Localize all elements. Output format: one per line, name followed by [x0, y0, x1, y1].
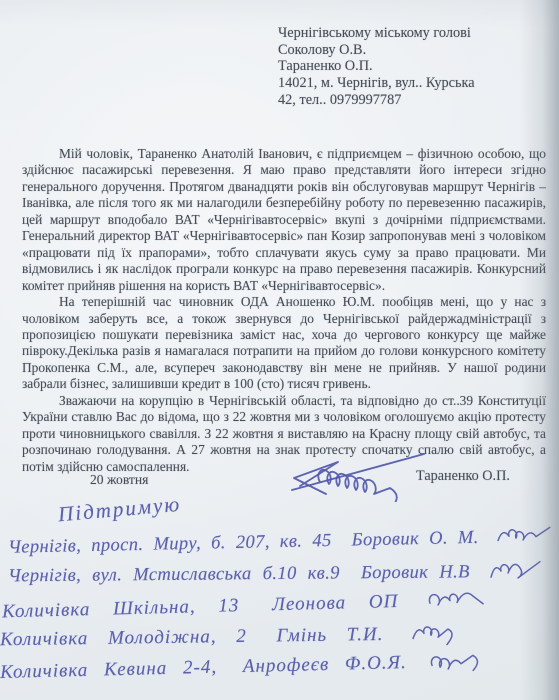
handwritten-signatory-line: Количівка Кевина 2-4, Анрофеєв Ф.О.Я.: [0, 646, 489, 684]
recipient-block: Чернігівському міському голові Соколову …: [278, 25, 475, 109]
signature-scribble-main: [286, 440, 436, 502]
signatory-address: Количівка Кевина 2-4,: [0, 657, 217, 683]
signature-scribble: [487, 557, 547, 584]
handwritten-support-note: Підтримую: [57, 492, 182, 528]
letter-body: Мій чоловік, Тараненко Анатолій Іванович…: [22, 146, 546, 475]
recipient-line: Соколову О.В.: [278, 42, 475, 59]
handwritten-signatory-line: Количівка Шкільна, 13 Леонова ОП: [2, 585, 488, 624]
recipient-line: 42, тел.. 0979997787: [278, 92, 475, 109]
paragraph-business: Мій чоловік, Тараненко Анатолій Іванович…: [22, 146, 546, 294]
recipient-line: Тараненко О.П.: [278, 58, 475, 75]
signature-scribble: [428, 646, 489, 673]
signatory-address: Количівка Шкільна, 13: [2, 595, 240, 622]
handwritten-signatory-line: Чернігів, просп. Миру, б. 207, кв. 45 Бо…: [8, 521, 555, 558]
recipient-line: Чернігівському міському голові: [278, 25, 475, 42]
signatory-name: Анрофеєв Ф.О.Я.: [243, 652, 407, 677]
signatory-name: Боровик О. М.: [351, 528, 478, 551]
handwritten-signatory-line: Количівка Молодіжна, 2 Гмінь Т.И.: [0, 619, 469, 652]
signature-scribble: [494, 521, 555, 548]
recipient-line: 14021, м. Чернігів, вул.. Курська: [278, 75, 475, 92]
signatory-name: Гмінь Т.И.: [276, 624, 383, 646]
signature-name: Тараненко О.П.: [416, 468, 510, 485]
signatory-name: Леонова ОП: [272, 591, 399, 615]
signatory-name: Боровик Н.В: [361, 562, 470, 583]
paragraph-officials: На теперішній час чиновник ОДА Аношенко …: [22, 294, 546, 393]
letter-date: 20 жовтня: [90, 472, 148, 488]
signatory-address: Количівка Молодіжна, 2: [0, 626, 247, 650]
signature-scribble: [427, 585, 488, 613]
signature-scribble: [409, 619, 469, 646]
signatory-address: Чернігів, вул. Мстиславська б.10 кв.9: [8, 563, 340, 586]
document-photo: Чернігівському міському голові Соколову …: [0, 0, 559, 700]
paragraph-protest: Зважаючи на корупцію в Чернігівській обл…: [22, 393, 546, 475]
handwritten-signatory-line: Чернігів, вул. Мстиславська б.10 кв.9 Бо…: [8, 557, 547, 588]
signatory-address: Чернігів, просп. Миру, б. 207, кв. 45: [8, 531, 332, 558]
